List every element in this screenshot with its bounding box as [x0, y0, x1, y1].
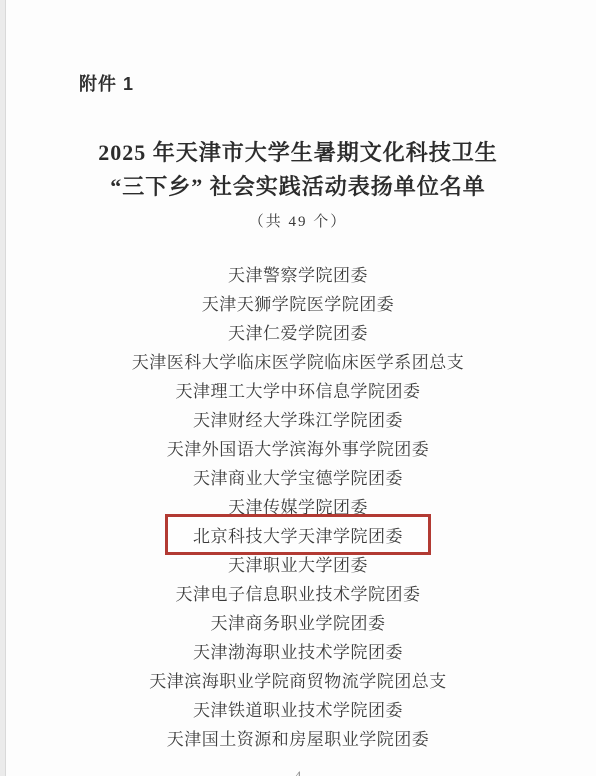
list-item-text: 天津理工大学中环信息学院团委: [176, 377, 421, 402]
attachment-label: 附件 1: [79, 70, 134, 96]
count-subtitle: （共 49 个）: [0, 210, 596, 231]
list-item-text: 天津电子信息职业技术学院团委: [176, 580, 421, 605]
list-item: 天津外国语大学滨海外事学院团委: [0, 433, 596, 462]
list-item: 天津滨海职业学院商贸物流学院团总支: [0, 665, 596, 694]
list-item-text: 天津医科大学临床医学院临床医学系团总支: [132, 348, 465, 373]
unit-list: 天津警察学院团委天津天狮学院医学院团委天津仁爱学院团委天津医科大学临床医学院临床…: [0, 259, 596, 752]
list-item: 天津国土资源和房屋职业学院团委: [0, 723, 596, 752]
list-item: 天津渤海职业技术学院团委: [0, 636, 596, 665]
list-item: 天津医科大学临床医学院临床医学系团总支: [0, 346, 596, 375]
list-item: 天津理工大学中环信息学院团委: [0, 375, 596, 404]
list-item: 天津警察学院团委: [0, 259, 596, 288]
list-item-text: 天津商业大学宝德学院团委: [193, 464, 403, 489]
list-item-text: 天津渤海职业技术学院团委: [193, 638, 403, 663]
list-item-text: 天津铁道职业技术学院团委: [193, 696, 403, 721]
list-item-text: 天津滨海职业学院商贸物流学院团总支: [149, 667, 447, 692]
list-item: 天津仁爱学院团委: [0, 317, 596, 346]
document-title: 2025 年天津市大学生暑期文化科技卫生 “三下乡” 社会实践活动表扬单位名单: [0, 136, 596, 204]
list-item: 天津商业大学宝德学院团委: [0, 462, 596, 491]
list-item: 天津电子信息职业技术学院团委: [0, 578, 596, 607]
list-item-highlighted: 北京科技大学天津学院团委: [0, 520, 596, 549]
list-item: 天津天狮学院医学院团委: [0, 288, 596, 317]
list-item-text: 天津天狮学院医学院团委: [202, 290, 395, 315]
list-item-text: 天津财经大学珠江学院团委: [193, 406, 403, 431]
list-item-text: 天津职业大学团委: [228, 551, 368, 576]
list-item: 天津铁道职业技术学院团委: [0, 694, 596, 723]
list-item: 天津职业大学团委: [0, 549, 596, 578]
list-item-text: 天津商务职业学院团委: [211, 609, 386, 634]
document-page: 附件 1 2025 年天津市大学生暑期文化科技卫生 “三下乡” 社会实践活动表扬…: [0, 0, 596, 776]
page-number-partial: 4: [278, 768, 318, 776]
list-item-text: 天津外国语大学滨海外事学院团委: [167, 435, 430, 460]
highlight-box: 北京科技大学天津学院团委: [165, 514, 431, 555]
list-item-text: 天津国土资源和房屋职业学院团委: [167, 725, 430, 750]
title-line-1: 2025 年天津市大学生暑期文化科技卫生: [0, 136, 596, 170]
list-item-text: 天津警察学院团委: [228, 261, 368, 286]
list-item: 天津财经大学珠江学院团委: [0, 404, 596, 433]
list-item-text: 天津仁爱学院团委: [228, 319, 368, 344]
list-item: 天津商务职业学院团委: [0, 607, 596, 636]
title-line-2: “三下乡” 社会实践活动表扬单位名单: [0, 170, 596, 204]
